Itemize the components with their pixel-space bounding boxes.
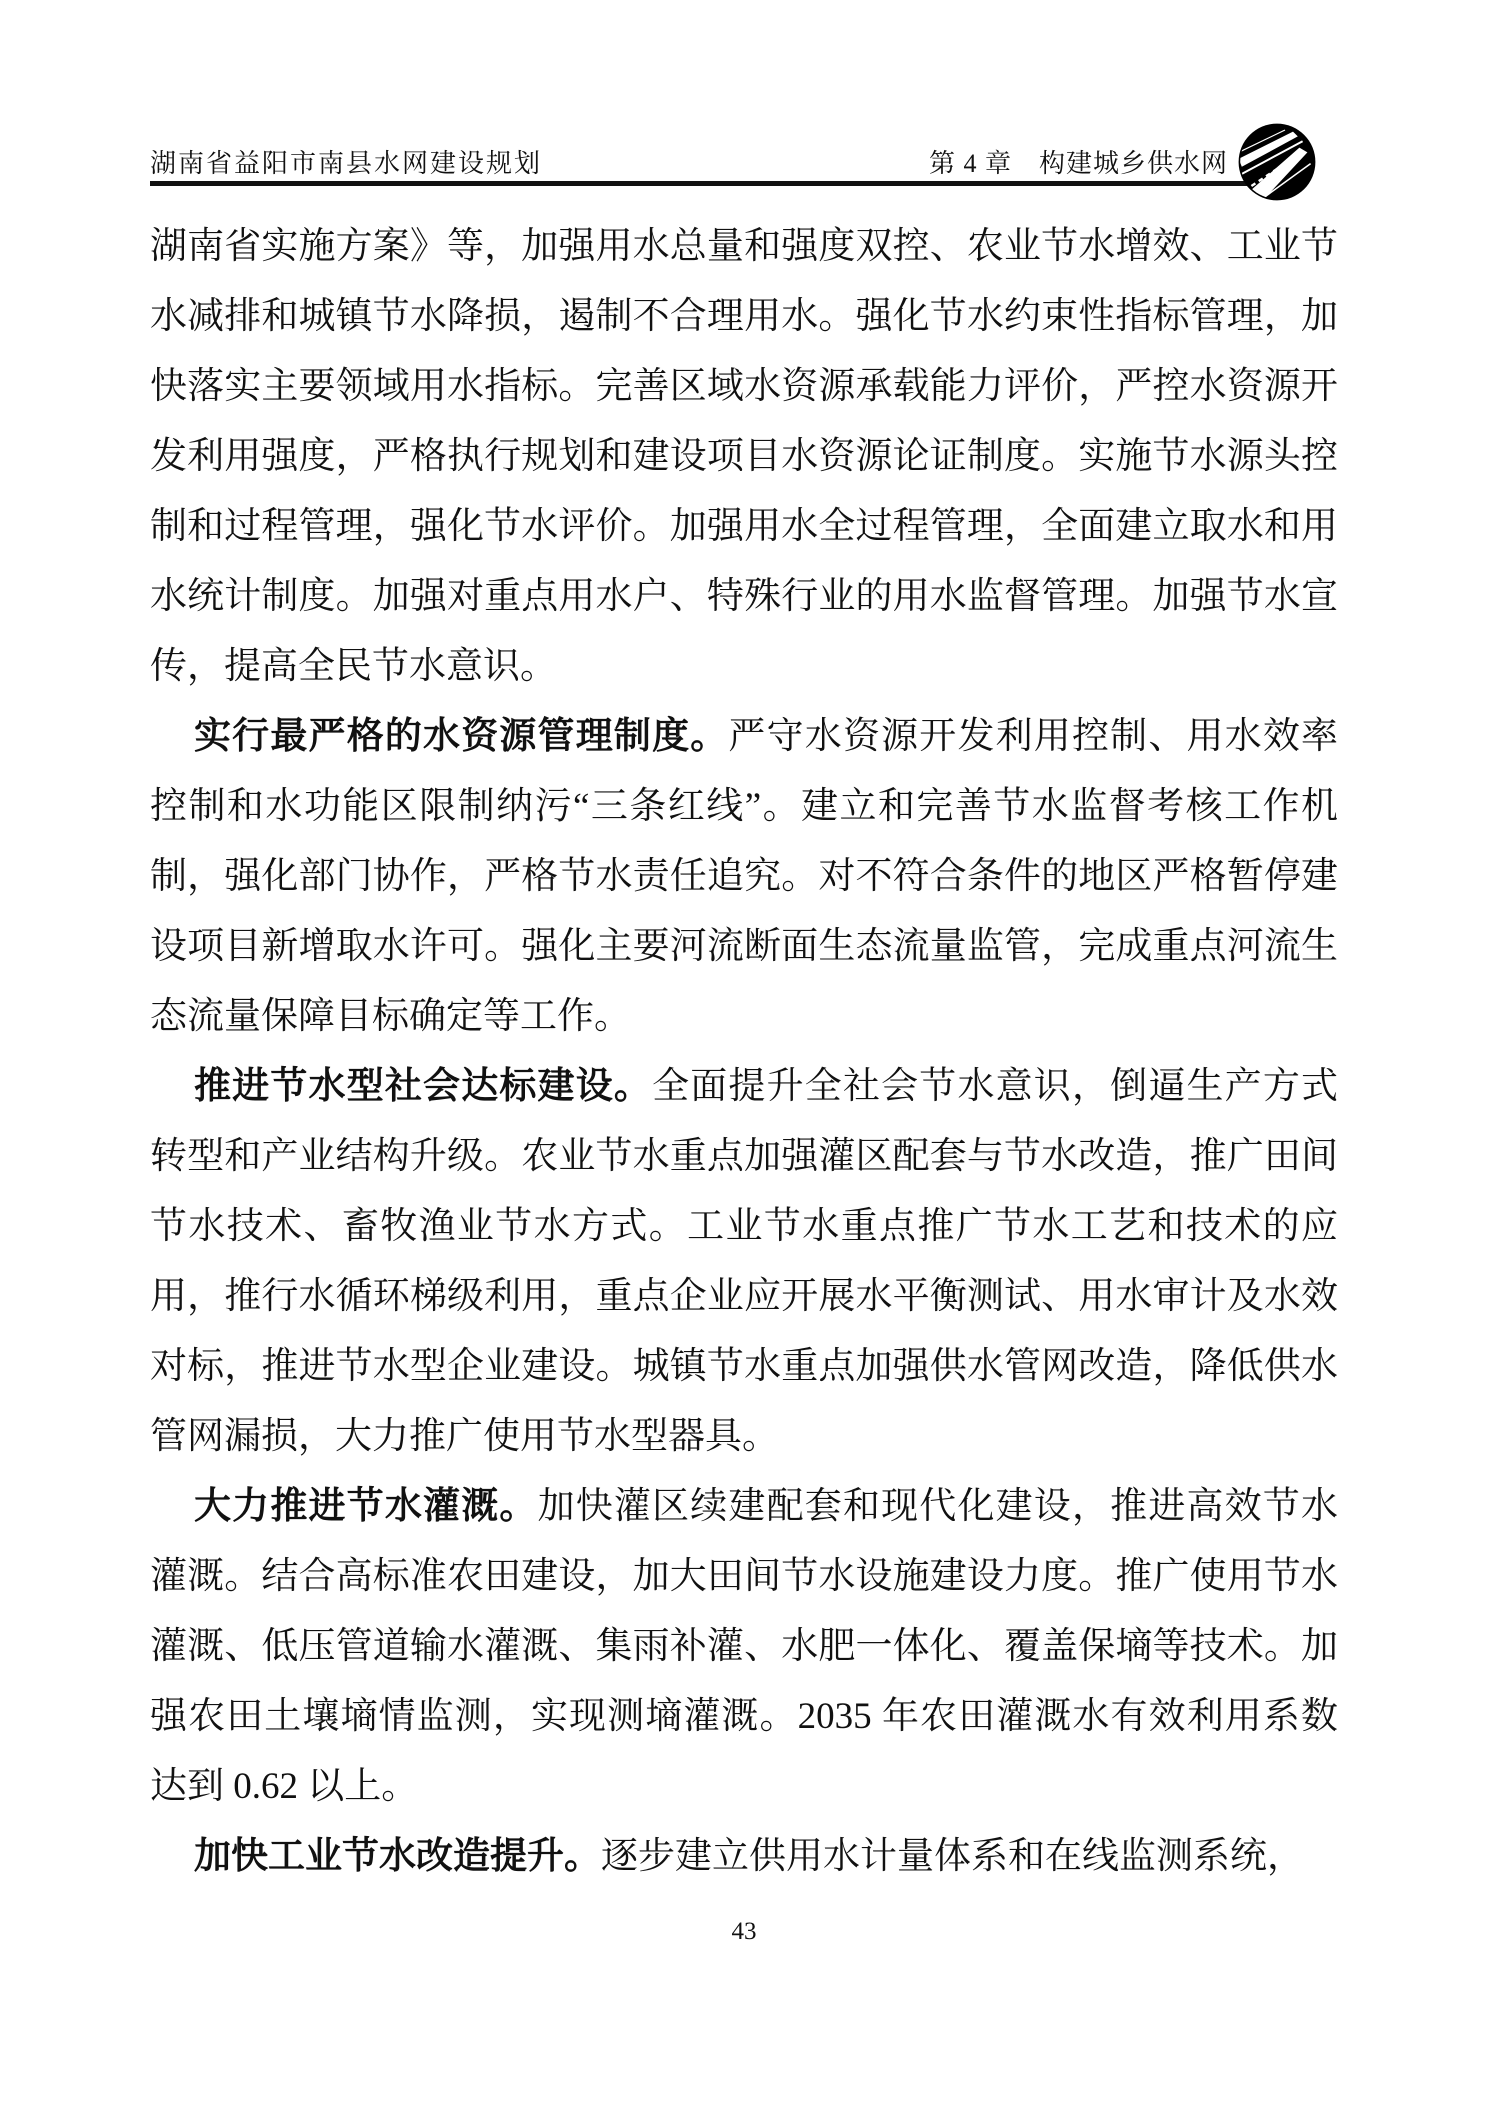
paragraph-text: 严守水资源开发利用控制、用水效率控制和水功能区限制纳污“三条红线”。建立和完善节…: [150, 716, 1338, 1037]
paragraph-text: 逐步建立供用水计量体系和在线监测系统，: [601, 1836, 1304, 1877]
paragraph-text: 湖南省实施方案》等，加强用水总量和强度双控、农业节水增效、工业节水减排和城镇节水…: [150, 226, 1338, 687]
paragraph: 大力推进节水灌溉。加快灌区续建配套和现代化建设，推进高效节水灌溉。结合高标准农田…: [150, 1472, 1338, 1822]
header-doc-title: 湖南省益阳市南县水网建设规划: [150, 143, 542, 180]
paragraph-lead: 大力推进节水灌溉。: [194, 1486, 538, 1527]
document-page: 湖南省益阳市南县水网建设规划 第 4 章 构建城乡供水网 湖南省实施方案》等，加…: [0, 0, 1488, 2104]
header-divider-rule: [150, 181, 1248, 186]
page-number: 43: [0, 1918, 1488, 1946]
paragraph-lead: 加快工业节水改造提升。: [194, 1836, 601, 1877]
paragraph: 湖南省实施方案》等，加强用水总量和强度双控、农业节水增效、工业节水减排和城镇节水…: [150, 212, 1338, 702]
paragraph-text: 全面提升全社会节水意识，倒逼生产方式转型和产业结构升级。农业节水重点加强灌区配套…: [150, 1066, 1338, 1457]
paragraph: 实行最严格的水资源管理制度。严守水资源开发利用控制、用水效率控制和水功能区限制纳…: [150, 702, 1338, 1052]
paragraph: 推进节水型社会达标建设。全面提升全社会节水意识，倒逼生产方式转型和产业结构升级。…: [150, 1052, 1338, 1472]
document-body: 湖南省实施方案》等，加强用水总量和强度双控、农业节水增效、工业节水减排和城镇节水…: [150, 212, 1338, 1892]
paragraph: 加快工业节水改造提升。逐步建立供用水计量体系和在线监测系统，: [150, 1822, 1338, 1892]
paragraph-lead: 推进节水型社会达标建设。: [194, 1066, 652, 1107]
water-network-emblem-icon: [1237, 122, 1317, 202]
paragraph-lead: 实行最严格的水资源管理制度。: [194, 716, 728, 757]
header-chapter-title: 第 4 章 构建城乡供水网: [929, 143, 1228, 180]
paragraph-text: 加快灌区续建配套和现代化建设，推进高效节水灌溉。结合高标准农田建设，加大田间节水…: [150, 1486, 1338, 1807]
